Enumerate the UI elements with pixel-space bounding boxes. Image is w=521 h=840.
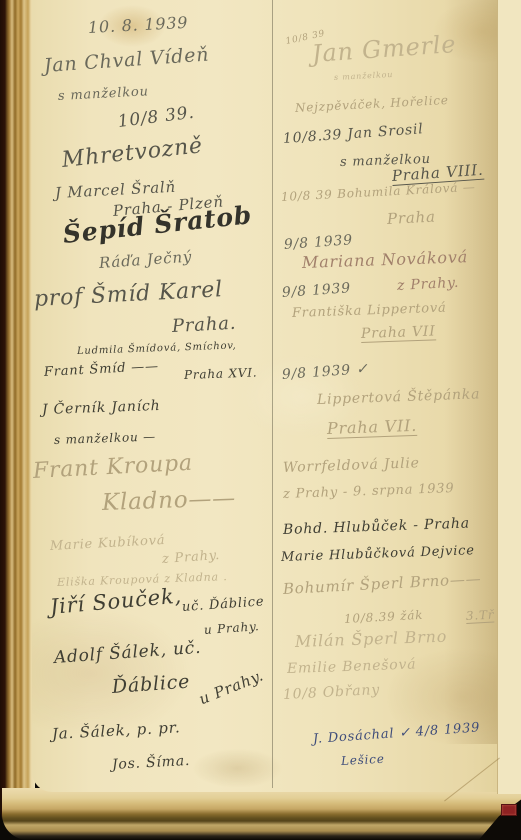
signature-entry: Milán Šperl Brno xyxy=(295,629,448,650)
signature-entry: Lešice xyxy=(341,753,385,767)
signature-entry: 10/8 Obřany xyxy=(283,683,381,702)
signature-entry: Mariana Nováková xyxy=(302,249,469,271)
signature-entry: 9/8 1939 ✓ xyxy=(282,362,370,382)
signature-entry: Emilie Benešová xyxy=(287,657,417,676)
signature-entry: Marie Hlubůčková Dejvice xyxy=(281,544,475,564)
signature-entry: 3.Tř xyxy=(466,609,495,624)
signature-entry: Bohd. Hlubůček - Praha xyxy=(283,516,470,537)
signature-entry: Praha VII. xyxy=(327,418,418,439)
signature-entry: Worrfeldová Julie xyxy=(283,456,420,475)
signature-entry: z Prahy - 9. srpna 1939 xyxy=(283,482,455,501)
signature-entry: Bohumír Šperl Brno—— xyxy=(283,572,482,597)
signature-entry: Jan Gmerle xyxy=(311,32,457,66)
signature-entry: 9/8 1939 xyxy=(284,233,354,252)
red-marker xyxy=(501,804,517,816)
signature-entry: J. Dosáchal ✓ 4/8 1939 xyxy=(313,721,481,746)
signature-entry: 10/8.39 žák xyxy=(344,609,424,625)
signature-entry: 10/8.39 Jan Srosil xyxy=(283,122,424,146)
signature-entry: Praha xyxy=(387,209,437,227)
signature-entry: Praha VII xyxy=(361,324,436,343)
signature-entry: Františka Lippertová xyxy=(292,302,447,320)
signature-entry: 9/8 1939 xyxy=(282,281,352,300)
signature-entry: Lippertová Štěpánka xyxy=(317,387,481,407)
right-signature-column: 10/8 39Jan Gmerles manželkouNejzpěváček,… xyxy=(0,0,521,840)
guestbook-scan: 10. 8. 1939Jan Chval Vídeňs manželkou10/… xyxy=(0,0,521,840)
signature-entry: s manželkou xyxy=(334,71,394,82)
signature-entry: Nejzpěváček, Hořelice xyxy=(295,94,449,114)
signature-entry: z Prahy. xyxy=(397,276,460,293)
signature-entry: 10/8 39 Bohumila Králová — xyxy=(281,181,476,203)
